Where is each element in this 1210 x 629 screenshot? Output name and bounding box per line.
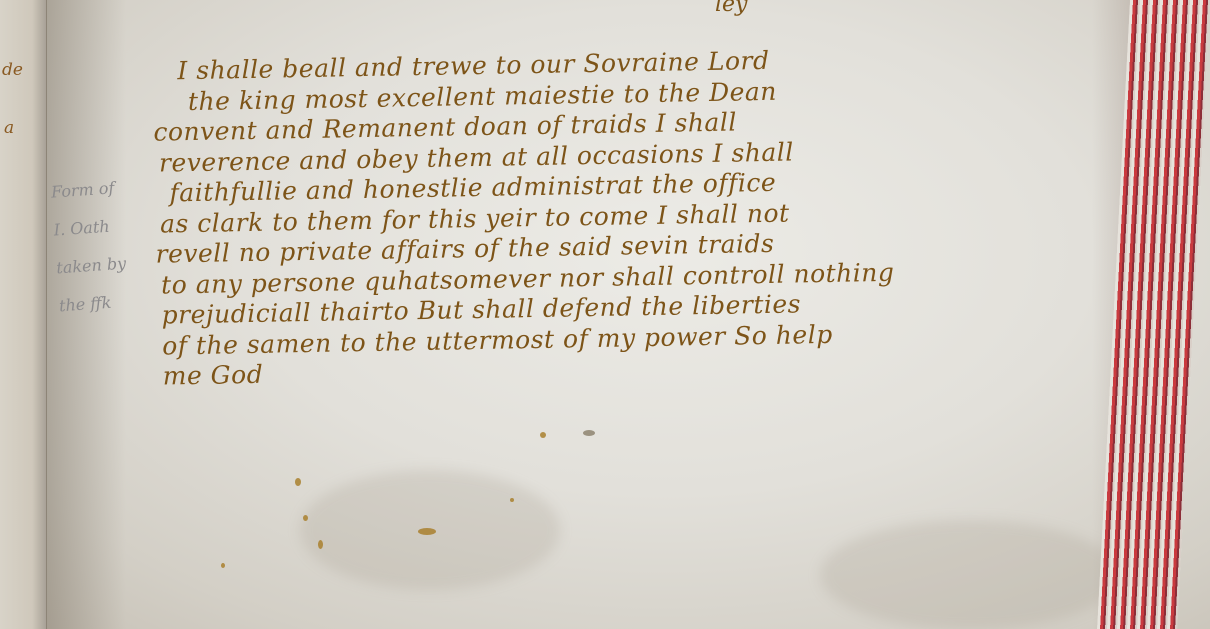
facing-page-text-fragment: a bbox=[4, 118, 14, 138]
ink-spot bbox=[583, 430, 595, 436]
margin-note-line: the ffk bbox=[58, 280, 160, 325]
facing-page-text-fragment: de bbox=[2, 60, 23, 80]
ink-spot bbox=[418, 528, 436, 535]
margin-note: Form of I. Oath taken by the ffk bbox=[50, 167, 160, 326]
oath-text: I shalle beall and trewe to our Sovraine… bbox=[147, 39, 1153, 392]
previous-entry-fragment: ley bbox=[715, 0, 747, 17]
ink-spot bbox=[295, 478, 301, 486]
ink-spot bbox=[221, 563, 225, 568]
ink-spot bbox=[510, 498, 514, 502]
ink-spot bbox=[540, 432, 546, 438]
paper-stain bbox=[820, 520, 1120, 629]
manuscript-photograph: de a ley Form of I. Oath taken by the ff… bbox=[0, 0, 1210, 629]
ink-spot bbox=[318, 540, 323, 549]
facing-page-edge: de a bbox=[0, 0, 47, 629]
ink-spot bbox=[303, 515, 308, 521]
